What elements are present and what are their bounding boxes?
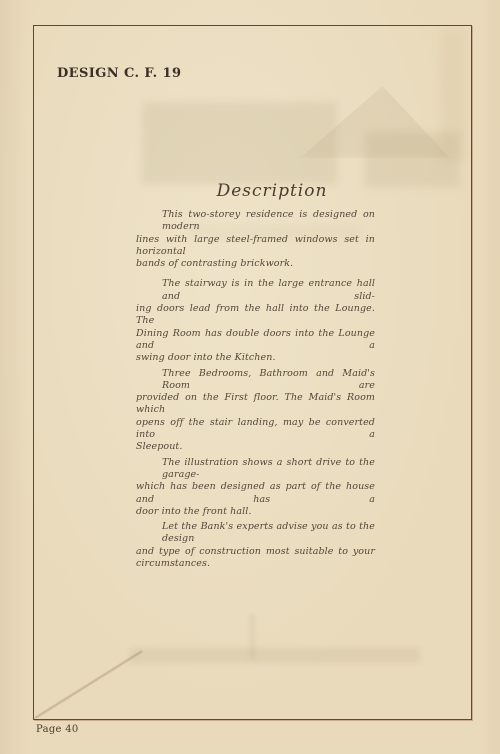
scanned-book-page: DESIGN C. F. 19 Description This two-sto… <box>0 0 500 754</box>
text-line: which has been designed as part of the h… <box>136 481 375 506</box>
text-line: Let the Bank's experts advise you as to … <box>136 521 375 546</box>
text-line: This two-storey residence is designed on… <box>136 209 375 234</box>
text-line: opens off the stair landing, may be conv… <box>136 417 375 442</box>
section-title: Description <box>153 181 391 201</box>
text-line: ing doors lead from the hall into the Lo… <box>136 303 375 328</box>
paragraph: This two-storey residence is designed on… <box>136 209 375 270</box>
text-line: Three Bedrooms, Bathroom and Maid's Room… <box>136 368 375 393</box>
paragraphs: This two-storey residence is designed on… <box>136 209 375 570</box>
text-line: swing door into the Kitchen. <box>136 352 375 364</box>
paragraph: The stairway is in the large entrance ha… <box>136 278 375 364</box>
text-line: Sleepout. <box>136 441 375 453</box>
text-line: bands of contrasting brickwork. <box>136 258 375 270</box>
text-line: and type of construction most suitable t… <box>136 546 375 558</box>
text-line: provided on the First floor. The Maid's … <box>136 392 375 417</box>
paragraph: Three Bedrooms, Bathroom and Maid's Room… <box>136 368 375 454</box>
text-line: The illustration shows a short drive to … <box>136 457 375 482</box>
page-number: Page 40 <box>36 724 79 735</box>
paragraph: Let the Bank's experts advise you as to … <box>136 521 375 570</box>
text-line: door into the front hall. <box>136 506 375 518</box>
paragraph: The illustration shows a short drive to … <box>136 457 375 518</box>
design-heading: DESIGN C. F. 19 <box>57 66 181 81</box>
text-line: lines with large steel-framed windows se… <box>136 234 375 259</box>
text-line: The stairway is in the large entrance ha… <box>136 278 375 303</box>
text-line: Dining Room has double doors into the Lo… <box>136 328 375 353</box>
text-line: circumstances. <box>136 558 375 570</box>
